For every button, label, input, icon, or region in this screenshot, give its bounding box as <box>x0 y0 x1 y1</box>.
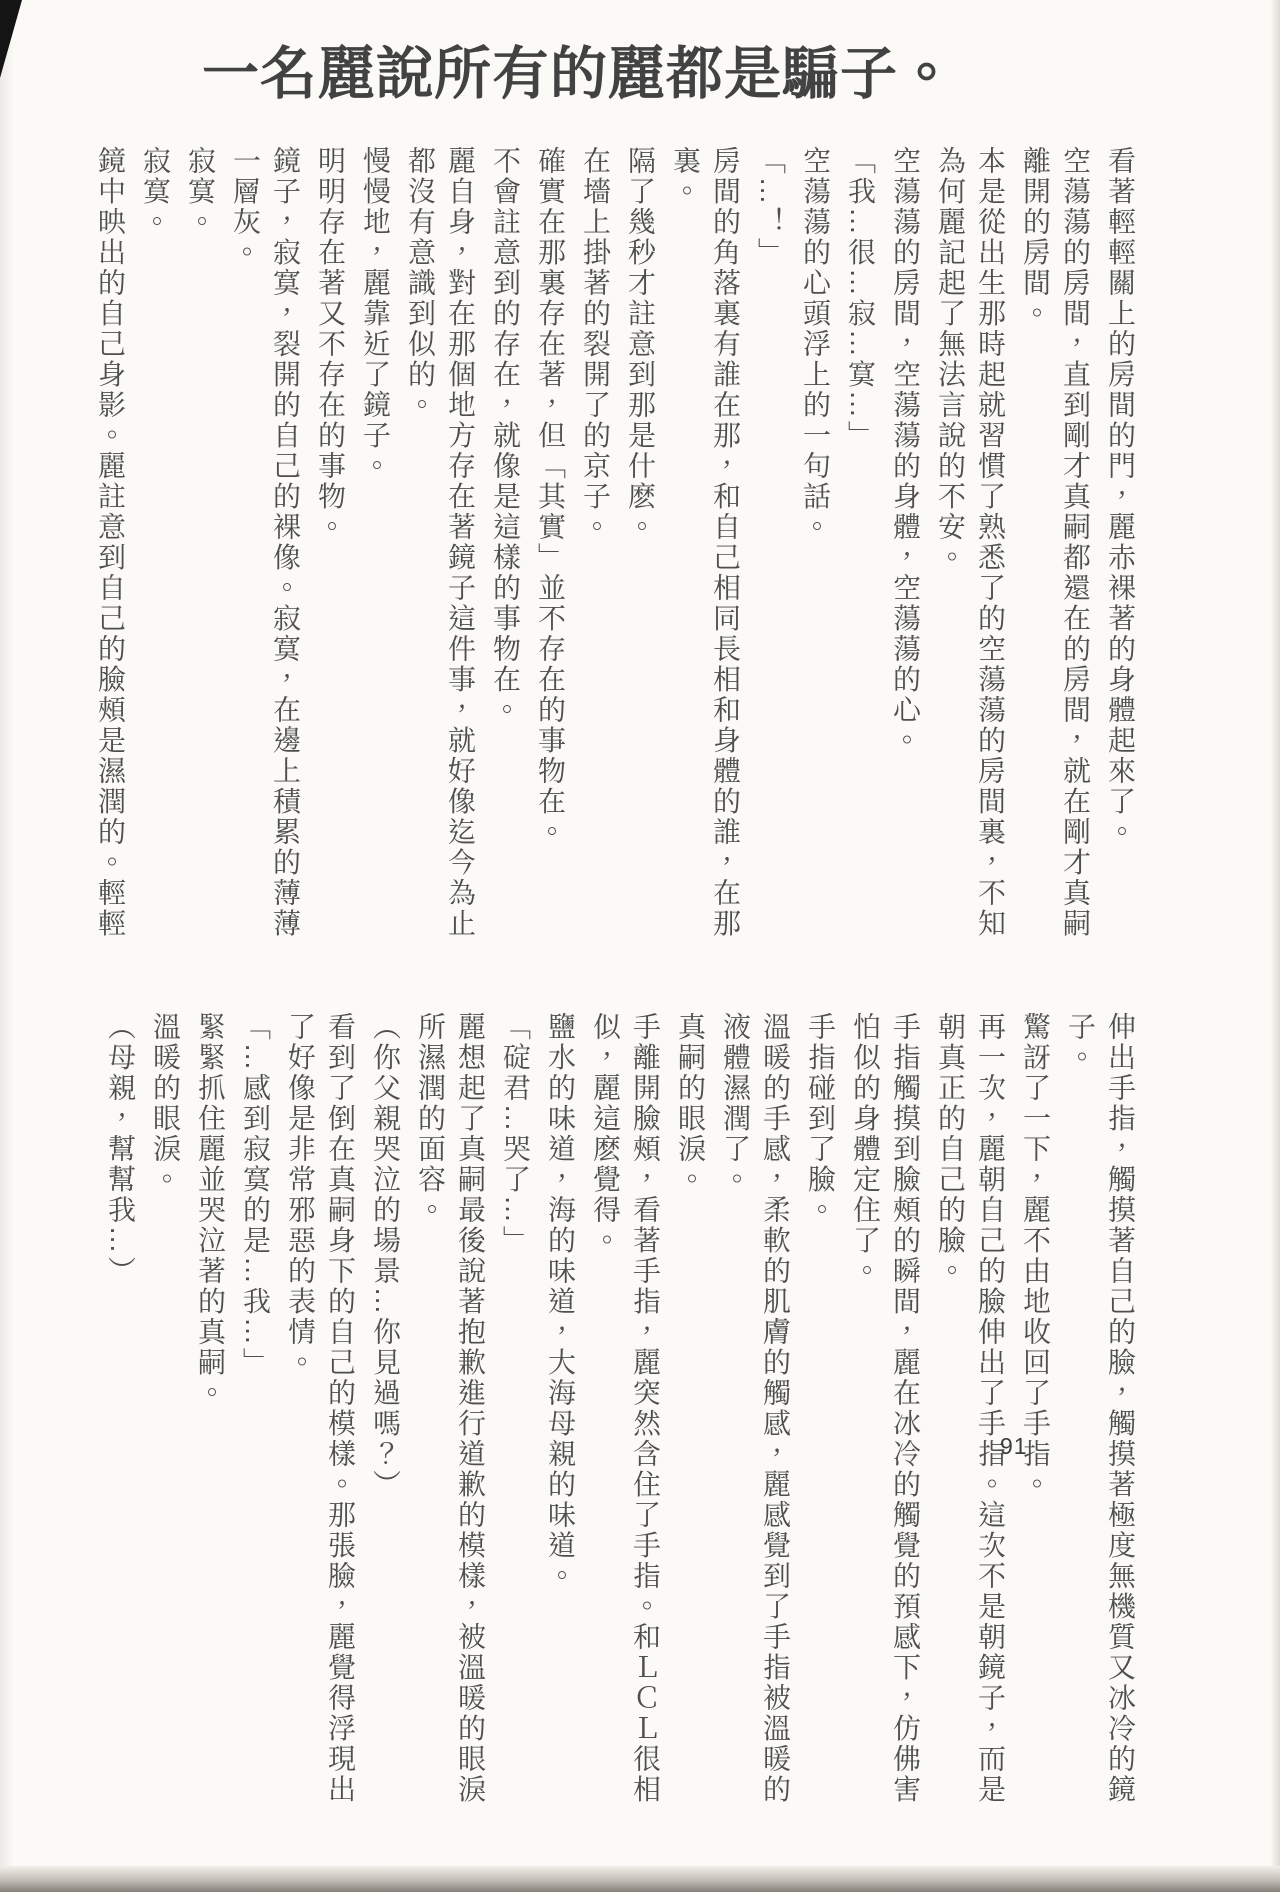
paragraph: 空蕩蕩的房間，直到剛才真嗣都還在的房間，就在剛才真嗣離開的房間。 <box>1015 146 1095 954</box>
paragraph: （母親，幫幫我…） <box>100 1012 140 1820</box>
paragraph: 手離開臉頰，看著手指，麗突然含住了手指。和ＬＣＬ很相似，麗這麽覺得。 <box>585 1012 665 1820</box>
paragraph: 手指碰到了臉。 <box>800 1012 840 1820</box>
paragraph: 隔了幾秒才註意到那是什麽。 <box>620 146 660 954</box>
paragraph: 驚訝了一下，麗不由地收回了手指。 <box>1015 1012 1055 1820</box>
paragraph: 明明存在著又不存在的事物。 <box>310 146 350 954</box>
paragraph: 真嗣的眼淚。 <box>670 1012 710 1820</box>
paragraph: 伸出手指，觸摸著自己的臉，觸摸著極度無機質又冰冷的鏡子。 <box>1060 1012 1140 1820</box>
paragraph: （你父親哭泣的場景…你見過嗎？） <box>365 1012 405 1820</box>
text-block-bottom: 伸出手指，觸摸著自己的臉，觸摸著極度無機質又冰冷的鏡子。驚訝了一下，麗不由地收回… <box>94 1012 1140 1820</box>
paragraph: 空蕩蕩的房間，空蕩蕩的身體，空蕩蕩的心。 <box>885 146 925 954</box>
paragraph: 麗自身，對在那個地方存在著鏡子這件事，就好像迄今為止都沒有意識到似的。 <box>400 146 480 954</box>
paragraph: 空蕩蕩的心頭浮上的一句話。 <box>795 146 835 954</box>
paragraph: 「…！」 <box>750 146 790 954</box>
paragraph: 房間的角落裏有誰在那，和自己相同長相和身體的誰，在那裏。 <box>665 146 745 954</box>
paragraph: 鹽水的味道，海的味道，大海母親的味道。 <box>540 1012 580 1820</box>
paragraph: 不會註意到的存在，就像是這樣的事物在。 <box>485 146 525 954</box>
scan-bottom-edge <box>0 1866 1280 1892</box>
paragraph: 緊緊抓住麗並哭泣著的真嗣。 <box>190 1012 230 1820</box>
paragraph: 「…感到寂寞的是…我…」 <box>235 1012 275 1820</box>
paragraph: 看著輕輕關上的房間的門，麗赤裸著的身體起來了。 <box>1100 146 1140 954</box>
paragraph: 寂寞。 <box>180 146 220 954</box>
paragraph: 溫暖的眼淚。 <box>145 1012 185 1820</box>
scan-right-edge-shade <box>1270 0 1280 1892</box>
paragraph: 確實在那裏存在著，但「其實」並不存在的事物在。 <box>530 146 570 954</box>
paragraph: 鏡子，寂寞，裂開的自己的裸像。寂寞，在邊上積累的薄薄一層灰。 <box>225 146 305 954</box>
scan-corner-artifact <box>0 0 22 78</box>
paragraph: 「碇君…哭了…」 <box>495 1012 535 1820</box>
paragraph: 看到了倒在真嗣身下的自己的模樣。那張臉，麗覺得浮現出了好像是非常邪惡的表情。 <box>280 1012 360 1820</box>
scanned-page: 一名麗說所有的麗都是騙子。 看著輕輕關上的房間的門，麗赤裸著的身體起來了。空蕩蕩… <box>0 0 1280 1892</box>
paragraph: 寂寞。 <box>135 146 175 954</box>
paragraph: 再一次，麗朝自己的臉伸出了手指。這次不是朝鏡子，而是朝真正的自己的臉。 <box>930 1012 1010 1820</box>
paragraph: 鏡中映出的自己身影。麗註意到自己的臉頰是濕潤的。輕輕 <box>90 146 130 954</box>
paragraph: 麗想起了真嗣最後說著抱歉進行道歉的模樣，被溫暖的眼淚所濕潤的面容。 <box>410 1012 490 1820</box>
paragraph: 手指觸摸到臉頰的瞬間，麗在冰冷的觸覺的預感下，仿佛害怕似的身體定住了。 <box>845 1012 925 1820</box>
paragraph: 「我…很…寂…寞…」 <box>840 146 880 954</box>
paragraph: 慢慢地，麗靠近了鏡子。 <box>355 146 395 954</box>
page-title: 一名麗說所有的麗都是騙子。 <box>202 28 956 110</box>
text-block-top: 看著輕輕關上的房間的門，麗赤裸著的身體起來了。空蕩蕩的房間，直到剛才真嗣都還在的… <box>94 146 1140 954</box>
paragraph: 溫暖的手感，柔軟的肌膚的觸感，麗感覺到了手指被溫暖的液體濕潤了。 <box>715 1012 795 1820</box>
paragraph: 本是從出生那時起就習慣了熟悉了的空蕩蕩的房間裏，不知為何麗記起了無法言說的不安。 <box>930 146 1010 954</box>
paragraph: 在墻上掛著的裂開了的京子。 <box>575 146 615 954</box>
page-number: 91 <box>1000 1433 1028 1460</box>
